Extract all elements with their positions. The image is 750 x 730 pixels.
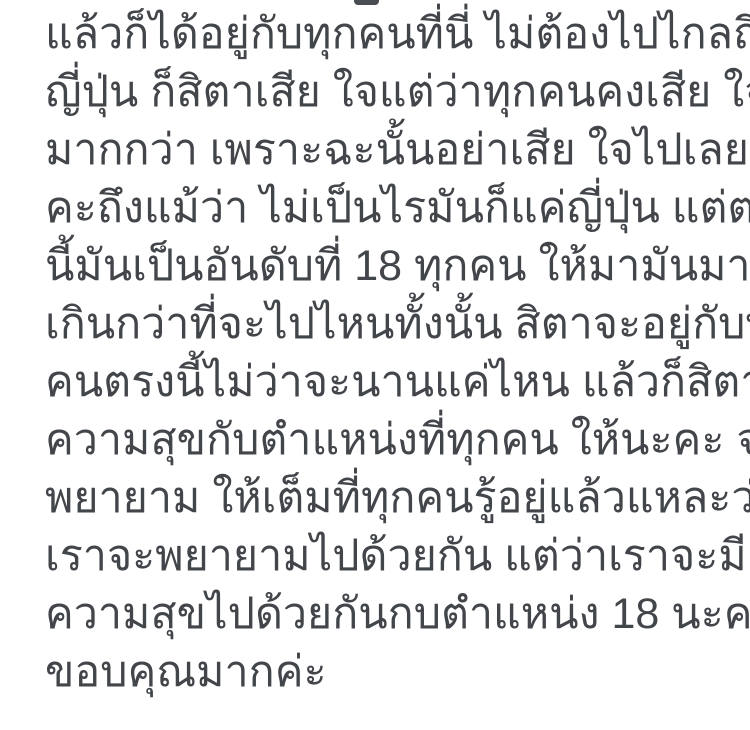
text-line: คะถึงแม้ว่า ไม่เป็นไรมันก็แค่ญี่ปุ่น แต่… xyxy=(45,179,713,237)
text-line: คนตรงนี้ไม่ว่าจะนานแค่ไหน แล้วก็สิตาจะมี xyxy=(45,353,713,411)
text-line: ขอบคุณมากค่ะ xyxy=(45,643,713,701)
text-line: เราจะพยายามไปด้วยกัน แต่ว่าเราจะมี xyxy=(45,527,713,585)
text-line: แล้วก็ได้อยู่กับทุกคนที่นี่ ไม่ต้องไปไกล… xyxy=(45,5,713,63)
text-line: พยายาม ให้เต็มที่ทุกคนรู้อยู่แล้วแหละว่า xyxy=(45,469,713,527)
text-line: นี้มันเป็นอันดับที่ 18 ทุกคน ให้มามันมาก xyxy=(45,237,713,295)
text-line: ความสุขกับตำแหน่งที่ทุกคน ให้นะคะ จะ xyxy=(45,411,713,469)
text-line: ญี่ปุ่น ก็สิตาเสีย ใจแต่ว่าทุกคนคงเสีย ใ… xyxy=(45,63,713,121)
text-line: เกินกว่าที่จะไปไหนทั้งนั้น สิตาจะอยู่กับ… xyxy=(45,295,713,353)
text-line: มากกว่า เพราะฉะนั้นอย่าเสีย ใจไปเลยนะ xyxy=(45,121,713,179)
text-line: ความสุขไปด้วยกันกบตำแหน่ง 18 นะคะ xyxy=(45,585,713,643)
post-text-block: แล้วก็ได้อยู่กับทุกคนที่นี่ ไม่ต้องไปไกล… xyxy=(45,5,713,701)
